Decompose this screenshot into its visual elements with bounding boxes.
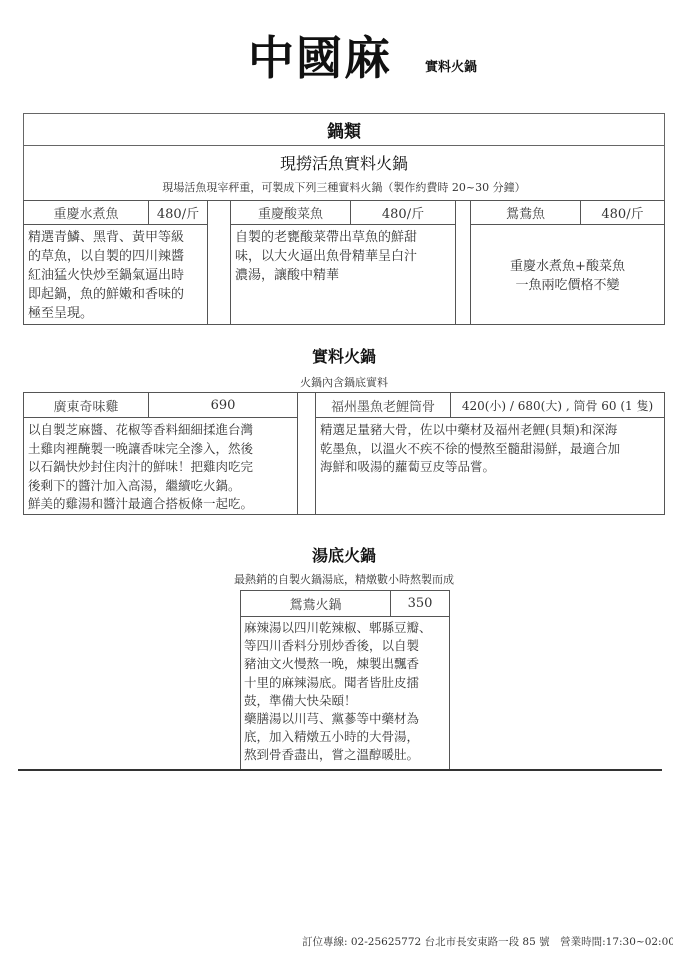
divider <box>23 145 665 146</box>
pots-section-title: 鍋類 <box>23 114 665 145</box>
horizontal-rule <box>18 769 662 771</box>
divider <box>455 200 471 325</box>
hotpot-section-title: 實料火鍋 <box>23 343 665 367</box>
menu-item-description: 自製的老甕酸菜帶出草魚的鮮甜 味，以大火逼出魚骨精華呈白汁 濃湯，讓酸中精華 <box>230 224 456 325</box>
menu-item-price: 480/斤 <box>148 200 208 225</box>
menu-item-price: 480/斤 <box>350 200 456 225</box>
menu-item-name: 福州墨魚老鯉筒骨 <box>315 392 451 418</box>
menu-item-description: 精選青鱗、黑背、黃甲等級 的草魚，以自製的四川辣醬 紅油猛火快炒至鍋氣逼出時 即… <box>23 224 208 325</box>
menu-item-price: 480/斤 <box>580 200 665 225</box>
divider <box>207 200 231 325</box>
menu-item-description: 精選足量豬大骨，佐以中藥材及福州老鯉(貝類)和深海 乾墨魚，以溫火不疾不徐的慢熬… <box>315 417 665 515</box>
soup-section-note: 最熱銷的自製火鍋湯底，精燉數小時熬製而成 <box>23 571 665 587</box>
menu-item-name: 重慶酸菜魚 <box>230 200 351 225</box>
menu-item-description: 重慶水煮魚+酸菜魚 一魚兩吃價格不變 <box>470 224 665 325</box>
menu-item-name: 廣東奇味雞 <box>23 392 149 418</box>
hotpot-section-note: 火鍋內含鍋底實料 <box>23 374 665 390</box>
menu-item-price: 420(小) / 680(大) , 筒骨 60 (1 隻) <box>450 392 665 418</box>
menu-item-description: 以自製芝麻醬、花椒等香料細細揉進台灣 土雞肉裡醃製一晚讓香味完全滲入，然後 以石… <box>23 417 298 515</box>
restaurant-logo-subtitle: 實料火鍋 <box>425 56 477 75</box>
menu-item-name: 重慶水煮魚 <box>23 200 149 225</box>
menu-item-name: 鴛鴦魚 <box>470 200 581 225</box>
restaurant-logo: 中國麻 <box>248 22 392 82</box>
pots-section-subtitle: 現撈活魚實料火鍋 <box>23 150 665 174</box>
footer-contact-info: 訂位專線: 02-25625772 台北市長安東路一段 85 號 營業時間:17… <box>302 934 673 949</box>
menu-item-name: 鴛鴦火鍋 <box>240 590 391 617</box>
menu-item-price: 350 <box>390 590 450 617</box>
pots-section-note: 現場活魚現宰秤重，可製成下列三種實料火鍋（製作約費時 20~30 分鐘） <box>23 178 665 196</box>
menu-item-price: 690 <box>148 392 298 418</box>
soup-section-title: 湯底火鍋 <box>23 542 665 566</box>
menu-item-description: 麻辣湯以四川乾辣椒、郫縣豆瓣、 等四川香料分別炒香後，以自製 豬油文火慢熬一晚，… <box>240 616 450 770</box>
divider <box>297 392 316 515</box>
